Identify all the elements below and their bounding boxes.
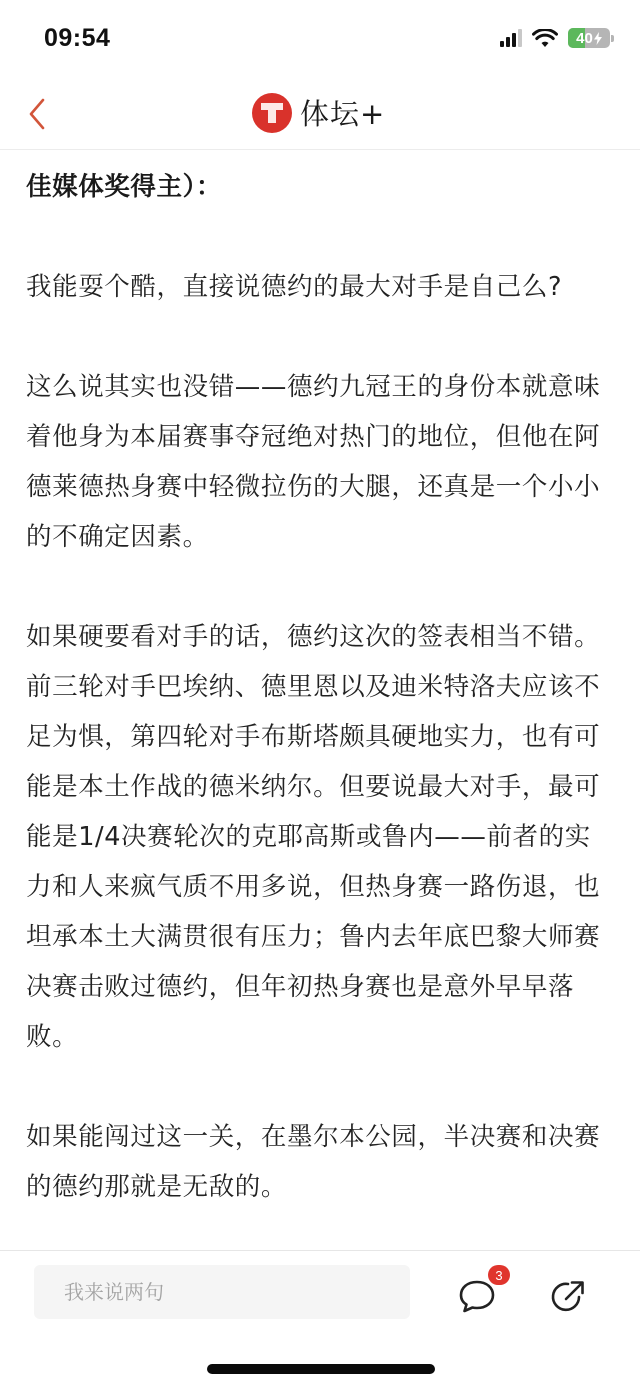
comment-count-badge: 3	[488, 1265, 510, 1285]
status-bar: 09:54 40	[0, 0, 640, 78]
cellular-signal-icon	[500, 29, 522, 47]
bottom-action-bar: 3	[0, 1250, 640, 1385]
charging-bolt-icon	[594, 32, 602, 45]
article-paragraph: 我能耍个酷，直接说德约的最大对手是自己么?	[26, 262, 614, 312]
article-paragraph: 这么说其实也没错——德约九冠王的身份本就意味着他身为本届赛事夺冠绝对热门的地位，…	[26, 362, 614, 562]
battery-icon: 40	[568, 28, 610, 48]
comment-input[interactable]	[34, 1265, 410, 1319]
article-paragraph: 如果硬要看对手的话，德约这次的签表相当不错。前三轮对手巴埃纳、德里恩以及迪米特洛…	[26, 612, 614, 1062]
article-body: 佳媒体奖得主）： 我能耍个酷，直接说德约的最大对手是自己么? 这么说其实也没错—…	[0, 150, 640, 1250]
home-indicator[interactable]	[207, 1364, 435, 1374]
article-lead-text: 佳媒体奖得主）：	[26, 162, 614, 212]
share-button[interactable]	[548, 1273, 592, 1317]
battery-level: 40	[576, 30, 593, 47]
status-indicators: 40	[500, 28, 614, 48]
brand-logo-icon	[252, 93, 292, 133]
back-button[interactable]	[22, 94, 52, 134]
share-arrow-icon	[548, 1277, 588, 1317]
comments-button[interactable]: 3	[458, 1273, 508, 1317]
article-paragraph: 如果能闯过这一关，在墨尔本公园，半决赛和决赛的德约那就是无敌的。	[26, 1112, 614, 1212]
brand-name: 体坛+	[300, 92, 385, 133]
nav-bar: 体坛+	[0, 78, 640, 150]
status-time: 09:54	[44, 24, 110, 53]
brand: 体坛+	[252, 92, 385, 133]
wifi-icon	[532, 29, 558, 48]
battery-nub	[611, 35, 614, 42]
chevron-left-icon	[28, 98, 46, 130]
